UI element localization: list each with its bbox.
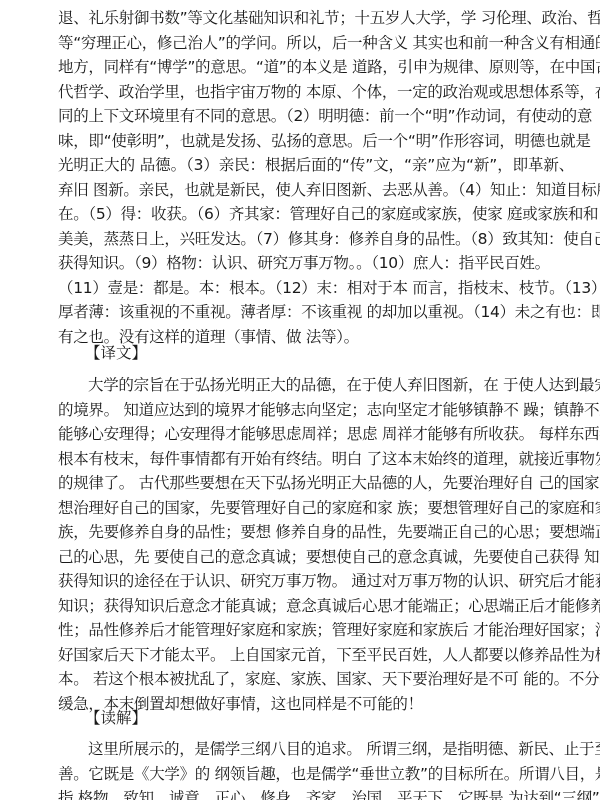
notes-line: 退、礼乐射御书数”等文化基础知识和礼节；十五岁人大学，学 习伦理、政治、哲学 — [58, 8, 574, 28]
interpretation-line: 指 格物、致知、诚意、正心、修身、齐家、治国、平天下。它既是 为达到“三纲”而 — [58, 788, 574, 800]
notes-line: 弃旧 图新。亲民，也就是新民，使人弃旧图新、去恶从善。（4）知止：知道目标所 — [58, 180, 574, 200]
notes-line: 在。（5）得：收获。（6）齐其家：管理好自己的家庭或家族，使家 庭或家族和和 — [58, 204, 574, 224]
notes-line: 同的上下文环境里有不同的意思。（2）明明德：前一个“明”作动词，有使动的意 — [58, 106, 574, 126]
notes-line: 光明正大的 品德。（3）亲民：根据后面的“传”文，“亲”应为“新”，即革新、 — [58, 155, 574, 175]
translation-line: 族，先要修养自身的品性；要想 修养自身的品性，先要端正自己的心思；要想端正自 — [58, 522, 574, 542]
document-page: 退、礼乐射御书数”等文化基础知识和礼节；十五岁人大学，学 习伦理、政治、哲学 等… — [0, 0, 600, 800]
translation-line: 大学的宗旨在于弘扬光明正大的品德，在于使人弃旧图新，在 于使人达到最完善 — [88, 375, 574, 395]
notes-line: 味，即“使彰明”，也就是发扬、弘扬的意思。后一个“明”作形容词，明德也就是 — [58, 131, 574, 151]
notes-line: 厚者薄：该重视的不重视。薄者厚：不该重视 的却加以重视。（14）未之有也：即未 — [58, 302, 574, 322]
translation-line: 能够心安理得；心安理得才能够思虑周祥；思虑 周祥才能够有所收获。 每样东西都有 — [58, 424, 574, 444]
translation-line: 本。 若这个根本被扰乱了，家庭、家族、国家、天下要治理好是不可 能的。不分轻重 — [58, 669, 574, 689]
translation-line: 好国家后天下才能太平。 上自国家元首，下至平民百姓，人人都要以修养品性为根 — [58, 645, 574, 665]
notes-line: 等“穷理正心，修己治人”的学问。所以，后一种含义 其实也和前一种含义有相通的 — [58, 33, 574, 53]
translation-line: 想治理好自己的国家，先要管理好自己的家庭和家 族；要想管理好自己的家庭和家 — [58, 498, 574, 518]
translation-line: 根本有枝末，每件事情都有开始有终结。明白 了这本末始终的道理，就接近事物发展 — [58, 449, 574, 469]
notes-line: 获得知识。（9）格物：认识、研究万事万物。。（10）庶人：指平民百姓。 — [58, 253, 574, 273]
notes-line: 美美，蒸蒸日上，兴旺发达。（7）修其身：修养自身的品性。（8）致其知：使自己 — [58, 229, 574, 249]
notes-line: 代哲学、政治学里，也指宇宙万物的 本原、个体，一定的政治观或思想体系等，在不 — [58, 82, 574, 102]
notes-line: 地方，同样有“博学”的意思。“道”的本义是 道路，引申为规律、原则等，在中国古 — [58, 57, 574, 77]
interpretation-line: 善。它既是《大学》的 纲领旨趣，也是儒学“垂世立教”的目标所在。所谓八目，是 — [58, 764, 574, 784]
translation-heading: 【译文】 — [85, 343, 147, 363]
interpretation-heading: 【读解】 — [85, 708, 147, 728]
translation-line: 己的心思，先 要使自己的意念真诚；要想使自己的意念真诚，先要使自己获得 知识； — [58, 547, 574, 567]
interpretation-line: 这里所展示的，是儒学三纲八目的追求。 所谓三纲，是指明德、新民、止于至 — [88, 739, 574, 759]
translation-line: 知识；获得知识后意念才能真诚；意念真诚后心思才能端正；心思端正后才能修养 品 — [58, 596, 574, 616]
translation-line: 获得知识的途径在于认识、研究万事万物。 通过对万事万物的认识、研究后才能获得 — [58, 571, 574, 591]
notes-line: （11）壹是：都是。本：根本。（12）末：相对于本 而言，指枝末、枝节。（13） — [58, 278, 574, 298]
translation-line: 的境界。 知道应达到的境界才能够志向坚定；志向坚定才能够镇静不 躁；镇静不躁才 — [58, 400, 574, 420]
translation-line: 的规律了。 古代那些要想在天下弘扬光明正大品德的人，先要治理好自 己的国家；要 — [58, 473, 574, 493]
translation-line: 性；品性修养后才能管理好家庭和家族；管理好家庭和家族后 才能治理好国家；治理 — [58, 620, 574, 640]
